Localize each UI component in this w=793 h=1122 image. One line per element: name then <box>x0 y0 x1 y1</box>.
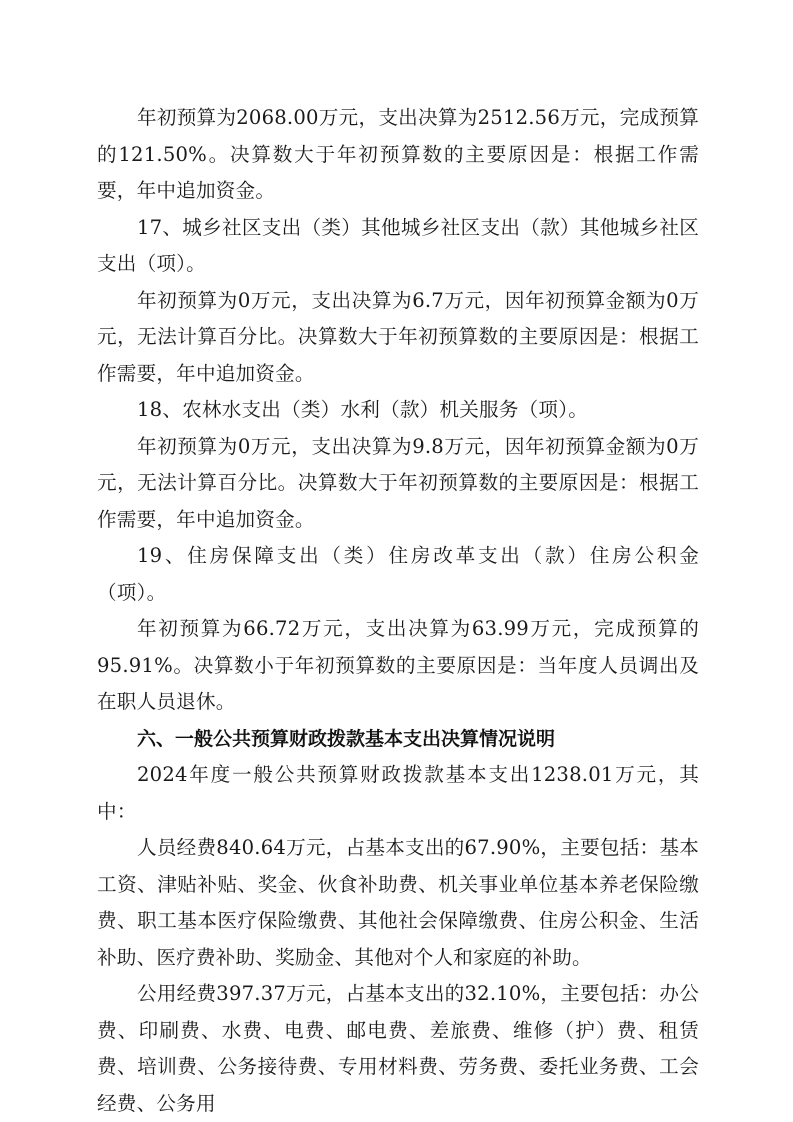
paragraph-public-expenses: 公用经费397.37万元，占基本支出的32.10%，主要包括：办公费、印刷费、水… <box>97 976 699 1122</box>
document-page: 年初预算为2068.00万元，支出决算为2512.56万元，完成预算的121.5… <box>97 100 699 1122</box>
section-heading-6: 六、一般公共预算财政拨款基本支出决算情况说明 <box>97 721 699 758</box>
paragraph-item-19: 年初预算为66.72万元，支出决算为63.99万元，完成预算的95.91%。决算… <box>97 611 699 721</box>
paragraph-item-17: 年初预算为0万元，支出决算为6.7万元，因年初预算金额为0万元，无法计算百分比。… <box>97 283 699 393</box>
item-19-heading: 19、住房保障支出（类）住房改革支出（款）住房公积金（项）。 <box>97 538 699 611</box>
item-17-heading: 17、城乡社区支出（类）其他城乡社区支出（款）其他城乡社区支出（项）。 <box>97 210 699 283</box>
paragraph-budget-2068: 年初预算为2068.00万元，支出决算为2512.56万元，完成预算的121.5… <box>97 100 699 210</box>
paragraph-personnel-expenses: 人员经费840.64万元，占基本支出的67.90%，主要包括：基本工资、津贴补贴… <box>97 830 699 976</box>
paragraph-item-18: 年初预算为0万元，支出决算为9.8万元，因年初预算金额为0万元，无法计算百分比。… <box>97 429 699 539</box>
item-18-heading: 18、农林水支出（类）水利（款）机关服务（项）。 <box>97 392 699 429</box>
paragraph-basic-expenditure-total: 2024年度一般公共预算财政拨款基本支出1238.01万元，其中： <box>97 757 699 830</box>
